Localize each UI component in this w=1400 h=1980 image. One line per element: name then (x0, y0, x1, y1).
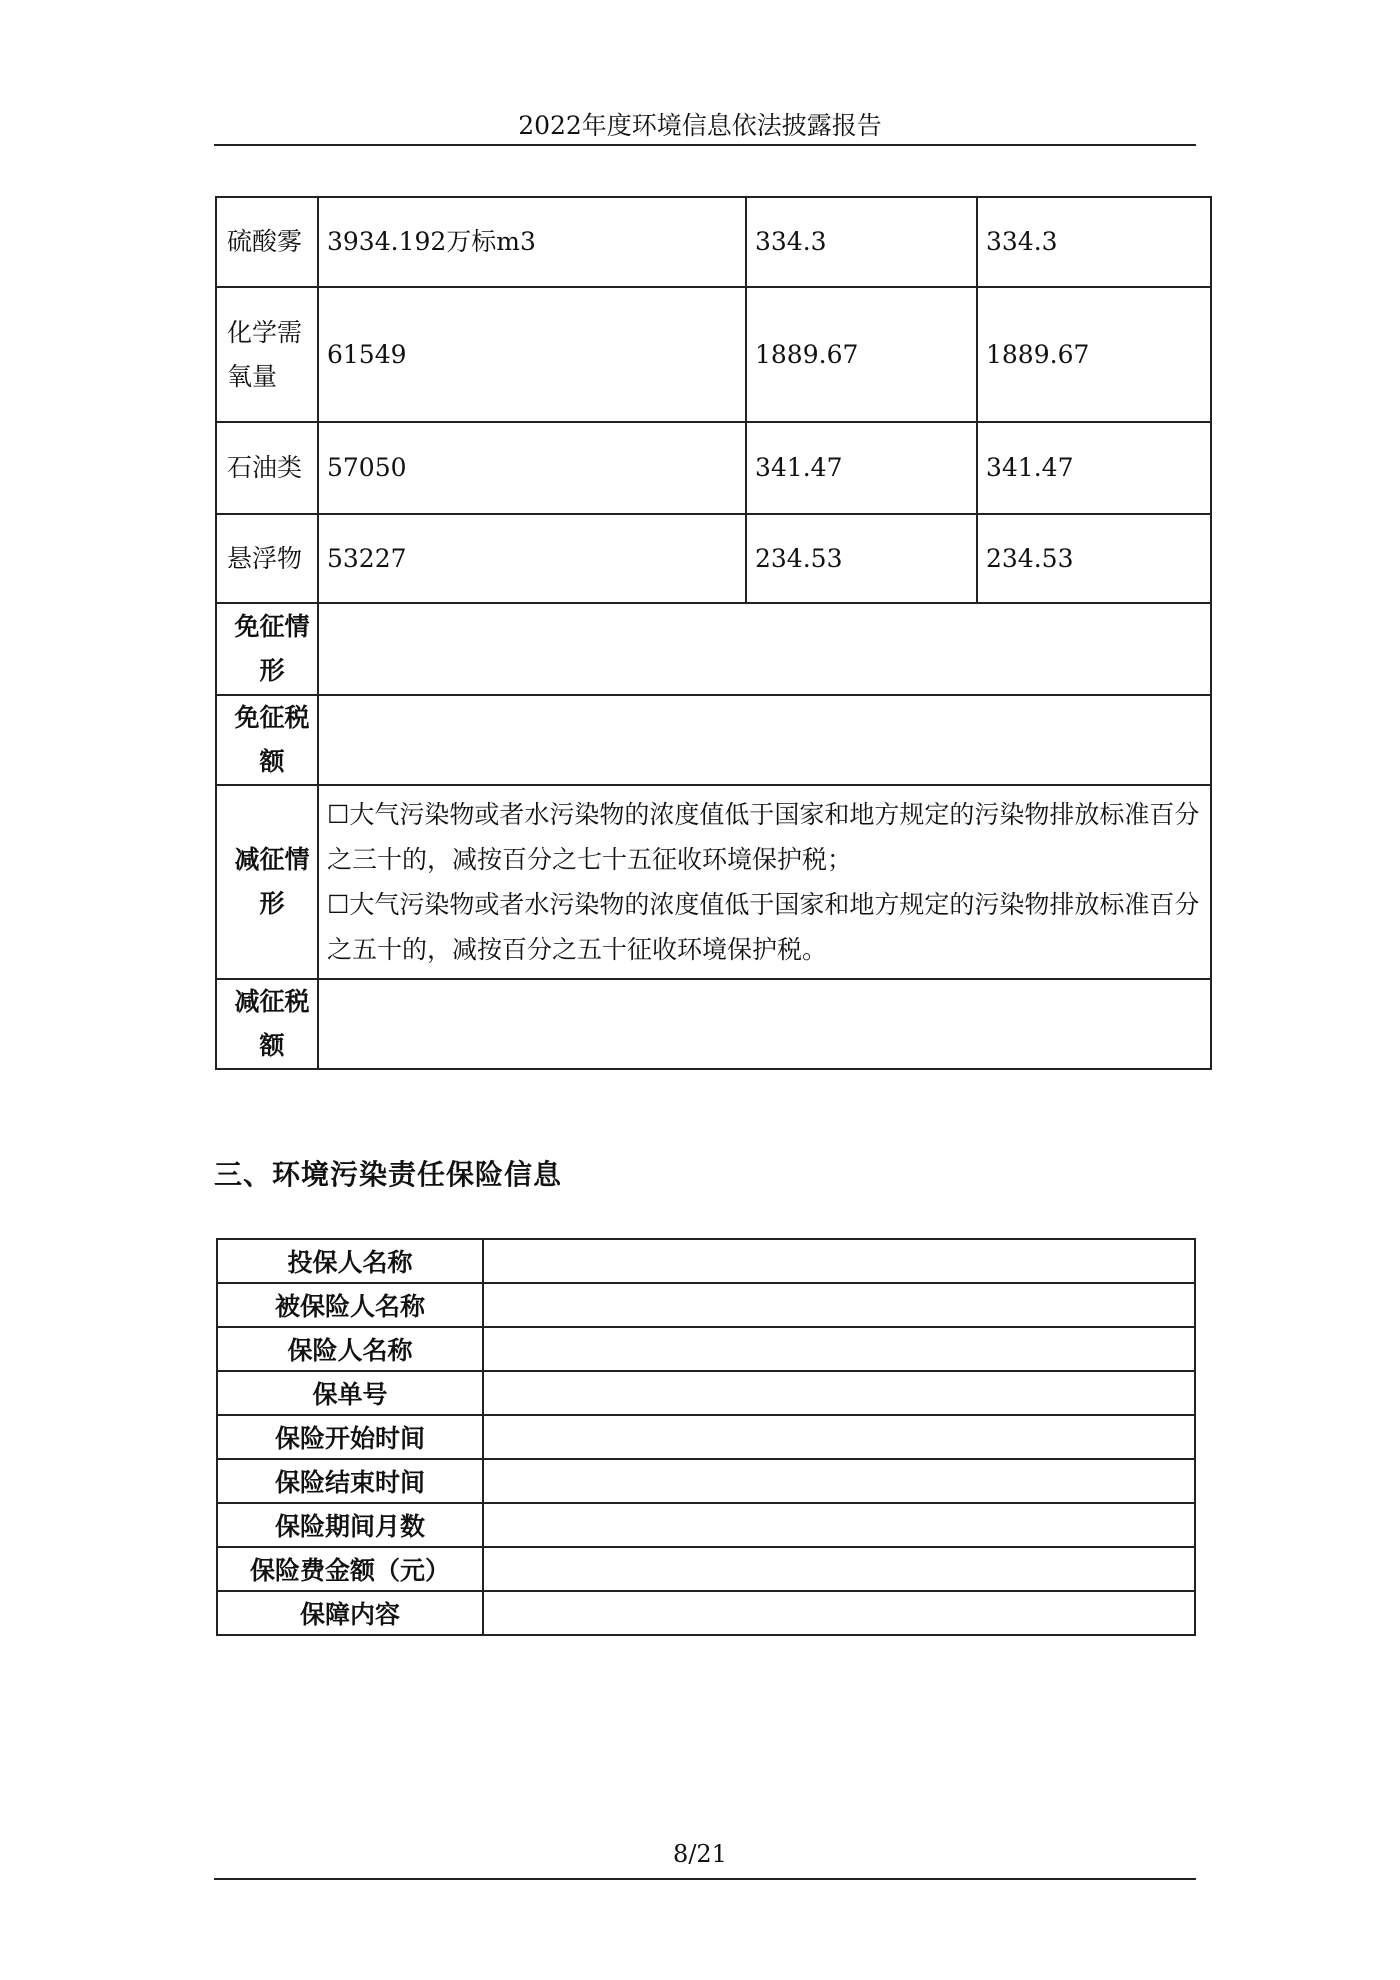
tax-paid: 1889.67 (977, 287, 1211, 422)
reduce-amount-value (318, 979, 1211, 1069)
reduce-situation-label: 减征情形 (216, 785, 318, 979)
field-value (483, 1327, 1195, 1371)
tax-base: 61549 (318, 287, 746, 422)
field-value (483, 1459, 1195, 1503)
table-row: 免征情形 (216, 603, 1211, 695)
pollutant-name: 石油类 (216, 422, 318, 514)
table-row: 保险人名称 (217, 1327, 1195, 1371)
field-label: 被保险人名称 (217, 1283, 483, 1327)
table-row: 保险结束时间 (217, 1459, 1195, 1503)
reduce-option-30pct[interactable]: ☐大气污染物或者水污染物的浓度值低于国家和地方规定的污染物排放标准百分之三十的，… (327, 792, 1202, 882)
field-label: 保险费金额（元） (217, 1547, 483, 1591)
section-heading: 三、环境污染责任保险信息 (214, 1153, 562, 1193)
field-value (483, 1415, 1195, 1459)
table-row: 投保人名称 (217, 1239, 1195, 1283)
tax-base: 57050 (318, 422, 746, 514)
exempt-amount-value (318, 695, 1211, 785)
table-row: 减征税额 (216, 979, 1211, 1069)
tax-payable: 334.3 (746, 197, 977, 287)
tax-paid: 341.47 (977, 422, 1211, 514)
field-label: 保险期间月数 (217, 1503, 483, 1547)
table-row: 保单号 (217, 1371, 1195, 1415)
table-row: 保险期间月数 (217, 1503, 1195, 1547)
pollutant-name: 悬浮物 (216, 514, 318, 603)
field-label: 保险人名称 (217, 1327, 483, 1371)
tax-paid: 234.53 (977, 514, 1211, 603)
field-value (483, 1503, 1195, 1547)
tax-base: 53227 (318, 514, 746, 603)
exempt-amount-label: 免征税额 (216, 695, 318, 785)
reduce-amount-label: 减征税额 (216, 979, 318, 1069)
field-value (483, 1239, 1195, 1283)
document-page: 2022年度环境信息依法披露报告 硫酸雾 3934.192万标m3 334.3 … (0, 0, 1400, 1980)
field-value (483, 1283, 1195, 1327)
tax-payable: 341.47 (746, 422, 977, 514)
field-value (483, 1371, 1195, 1415)
field-label: 保单号 (217, 1371, 483, 1415)
page-header-title: 2022年度环境信息依法披露报告 (0, 106, 1400, 142)
table-row: 石油类 57050 341.47 341.47 (216, 422, 1211, 514)
field-value (483, 1591, 1195, 1635)
table-row: 保险费金额（元） (217, 1547, 1195, 1591)
table-row: 保障内容 (217, 1591, 1195, 1635)
field-label: 保险开始时间 (217, 1415, 483, 1459)
table-row: 悬浮物 53227 234.53 234.53 (216, 514, 1211, 603)
reduce-option-50pct[interactable]: ☐大气污染物或者水污染物的浓度值低于国家和地方规定的污染物排放标准百分之五十的，… (327, 882, 1202, 972)
table-row: 减征情形 ☐大气污染物或者水污染物的浓度值低于国家和地方规定的污染物排放标准百分… (216, 785, 1211, 979)
field-label: 投保人名称 (217, 1239, 483, 1283)
environmental-tax-table: 硫酸雾 3934.192万标m3 334.3 334.3 化学需氧量 61549… (215, 196, 1212, 1070)
field-label: 保障内容 (217, 1591, 483, 1635)
table-row: 化学需氧量 61549 1889.67 1889.67 (216, 287, 1211, 422)
field-label: 保险结束时间 (217, 1459, 483, 1503)
insurance-info-table: 投保人名称 被保险人名称 保险人名称 保单号 保险开始时间 保险结束时间 保险期… (216, 1238, 1196, 1636)
reduce-situation-options: ☐大气污染物或者水污染物的浓度值低于国家和地方规定的污染物排放标准百分之三十的，… (318, 785, 1211, 979)
tax-payable: 234.53 (746, 514, 977, 603)
table-row: 免征税额 (216, 695, 1211, 785)
table-row: 被保险人名称 (217, 1283, 1195, 1327)
field-value (483, 1547, 1195, 1591)
exempt-situation-label: 免征情形 (216, 603, 318, 695)
table-row: 硫酸雾 3934.192万标m3 334.3 334.3 (216, 197, 1211, 287)
page-number: 8/21 (0, 1840, 1400, 1868)
tax-payable: 1889.67 (746, 287, 977, 422)
exempt-situation-value (318, 603, 1211, 695)
tax-base: 3934.192万标m3 (318, 197, 746, 287)
pollutant-name: 硫酸雾 (216, 197, 318, 287)
pollutant-name: 化学需氧量 (216, 287, 318, 422)
footer-divider (214, 1878, 1196, 1880)
table-row: 保险开始时间 (217, 1415, 1195, 1459)
header-divider (214, 144, 1196, 146)
tax-paid: 334.3 (977, 197, 1211, 287)
